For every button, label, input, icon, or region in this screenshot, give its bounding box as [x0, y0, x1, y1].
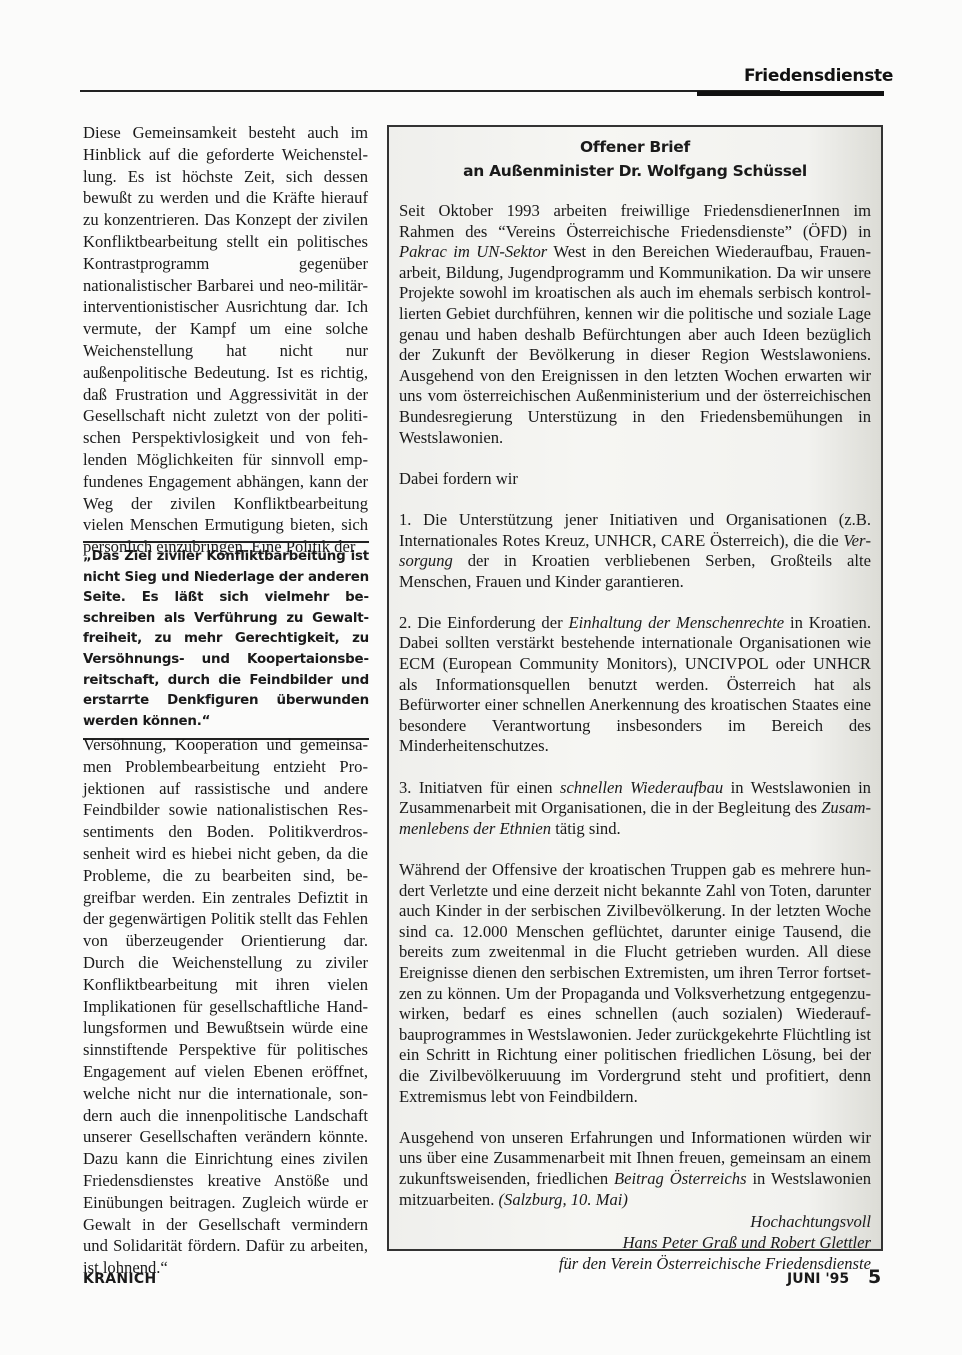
place-date: (Salzburg, 10. Mai) [499, 1190, 628, 1209]
text: Seit Oktober 1993 arbeiten freiwillige F… [399, 201, 871, 241]
article-paragraph: Diese Gemeinsamkeit besteht auch im Hinb… [83, 122, 368, 558]
text: tätig sind. [551, 819, 621, 838]
text: West in den Bereichen Wiederaufbau, Frau… [399, 242, 871, 446]
text: in Kroatien. Dabei sollten verstärkt bes… [399, 613, 871, 756]
issue-date: JUNI '95 [787, 1271, 849, 1287]
open-letter-box: Offener Brief an Außenminister Dr. Wolfg… [387, 125, 883, 1251]
emphasis: schnellen Wiederaufbau [560, 778, 723, 797]
emphasis: Pakrac im UN-Sektor [399, 242, 547, 261]
emphasis: Einhaltung der Menschenrechte [568, 613, 784, 632]
text: 2. Die Einforderung der [399, 613, 568, 632]
text: der in Kroatien verbliebenen Serben, Gro… [399, 551, 871, 591]
letter-title-line-1: Offener Brief [399, 135, 871, 159]
publication-name: KRANICH [83, 1271, 156, 1287]
article-column-top: Diese Gemeinsamkeit besteht auch im Hinb… [83, 122, 368, 558]
demand-item-1: 1. Die Unterstützung jener Initiativen u… [399, 510, 871, 592]
letter-body: Seit Oktober 1993 arbeiten freiwillige F… [399, 201, 871, 1274]
pull-quote: „Das Ziel ziviler Konfliktbarbeitung ist… [83, 541, 369, 740]
demand-intro: Dabei fordern wir [399, 469, 871, 490]
article-paragraph: Versöhnung, Kooperation und gemeinsa­men… [83, 734, 368, 1279]
header-rule-accent [697, 91, 884, 96]
letter-title: Offener Brief an Außenminister Dr. Wolfg… [399, 135, 871, 183]
demand-item-2: 2. Die Einforderung der Einhaltung der M… [399, 613, 871, 757]
signature-names: Hans Peter Graß und Robert Glettler [399, 1232, 871, 1253]
section-title: Friedensdienste [744, 66, 893, 86]
header-rule [80, 90, 780, 92]
situation-paragraph: Während der Offensive der kroatischen Tr… [399, 860, 871, 1107]
signature-salutation: Hochachtungsvoll [399, 1211, 871, 1232]
emphasis: Beitrag Österreichs [614, 1169, 747, 1188]
page-number: 5 [868, 1266, 881, 1288]
signature-block: Hochachtungsvoll Hans Peter Graß und Rob… [399, 1211, 871, 1275]
demand-item-3: 3. Initiatven für einen schnellen Wieder… [399, 778, 871, 840]
article-column-bottom: Versöhnung, Kooperation und gemeinsa­men… [83, 734, 368, 1279]
letter-intro: Seit Oktober 1993 arbeiten freiwillige F… [399, 201, 871, 448]
text: 3. Initiatven für einen [399, 778, 560, 797]
closing-paragraph: Ausgehend von unseren Erfahrungen und In… [399, 1128, 871, 1210]
text: 1. Die Unterstützung jener Initiativen u… [399, 510, 871, 550]
letter-title-line-2: an Außenminister Dr. Wolfgang Schüssel [399, 159, 871, 183]
